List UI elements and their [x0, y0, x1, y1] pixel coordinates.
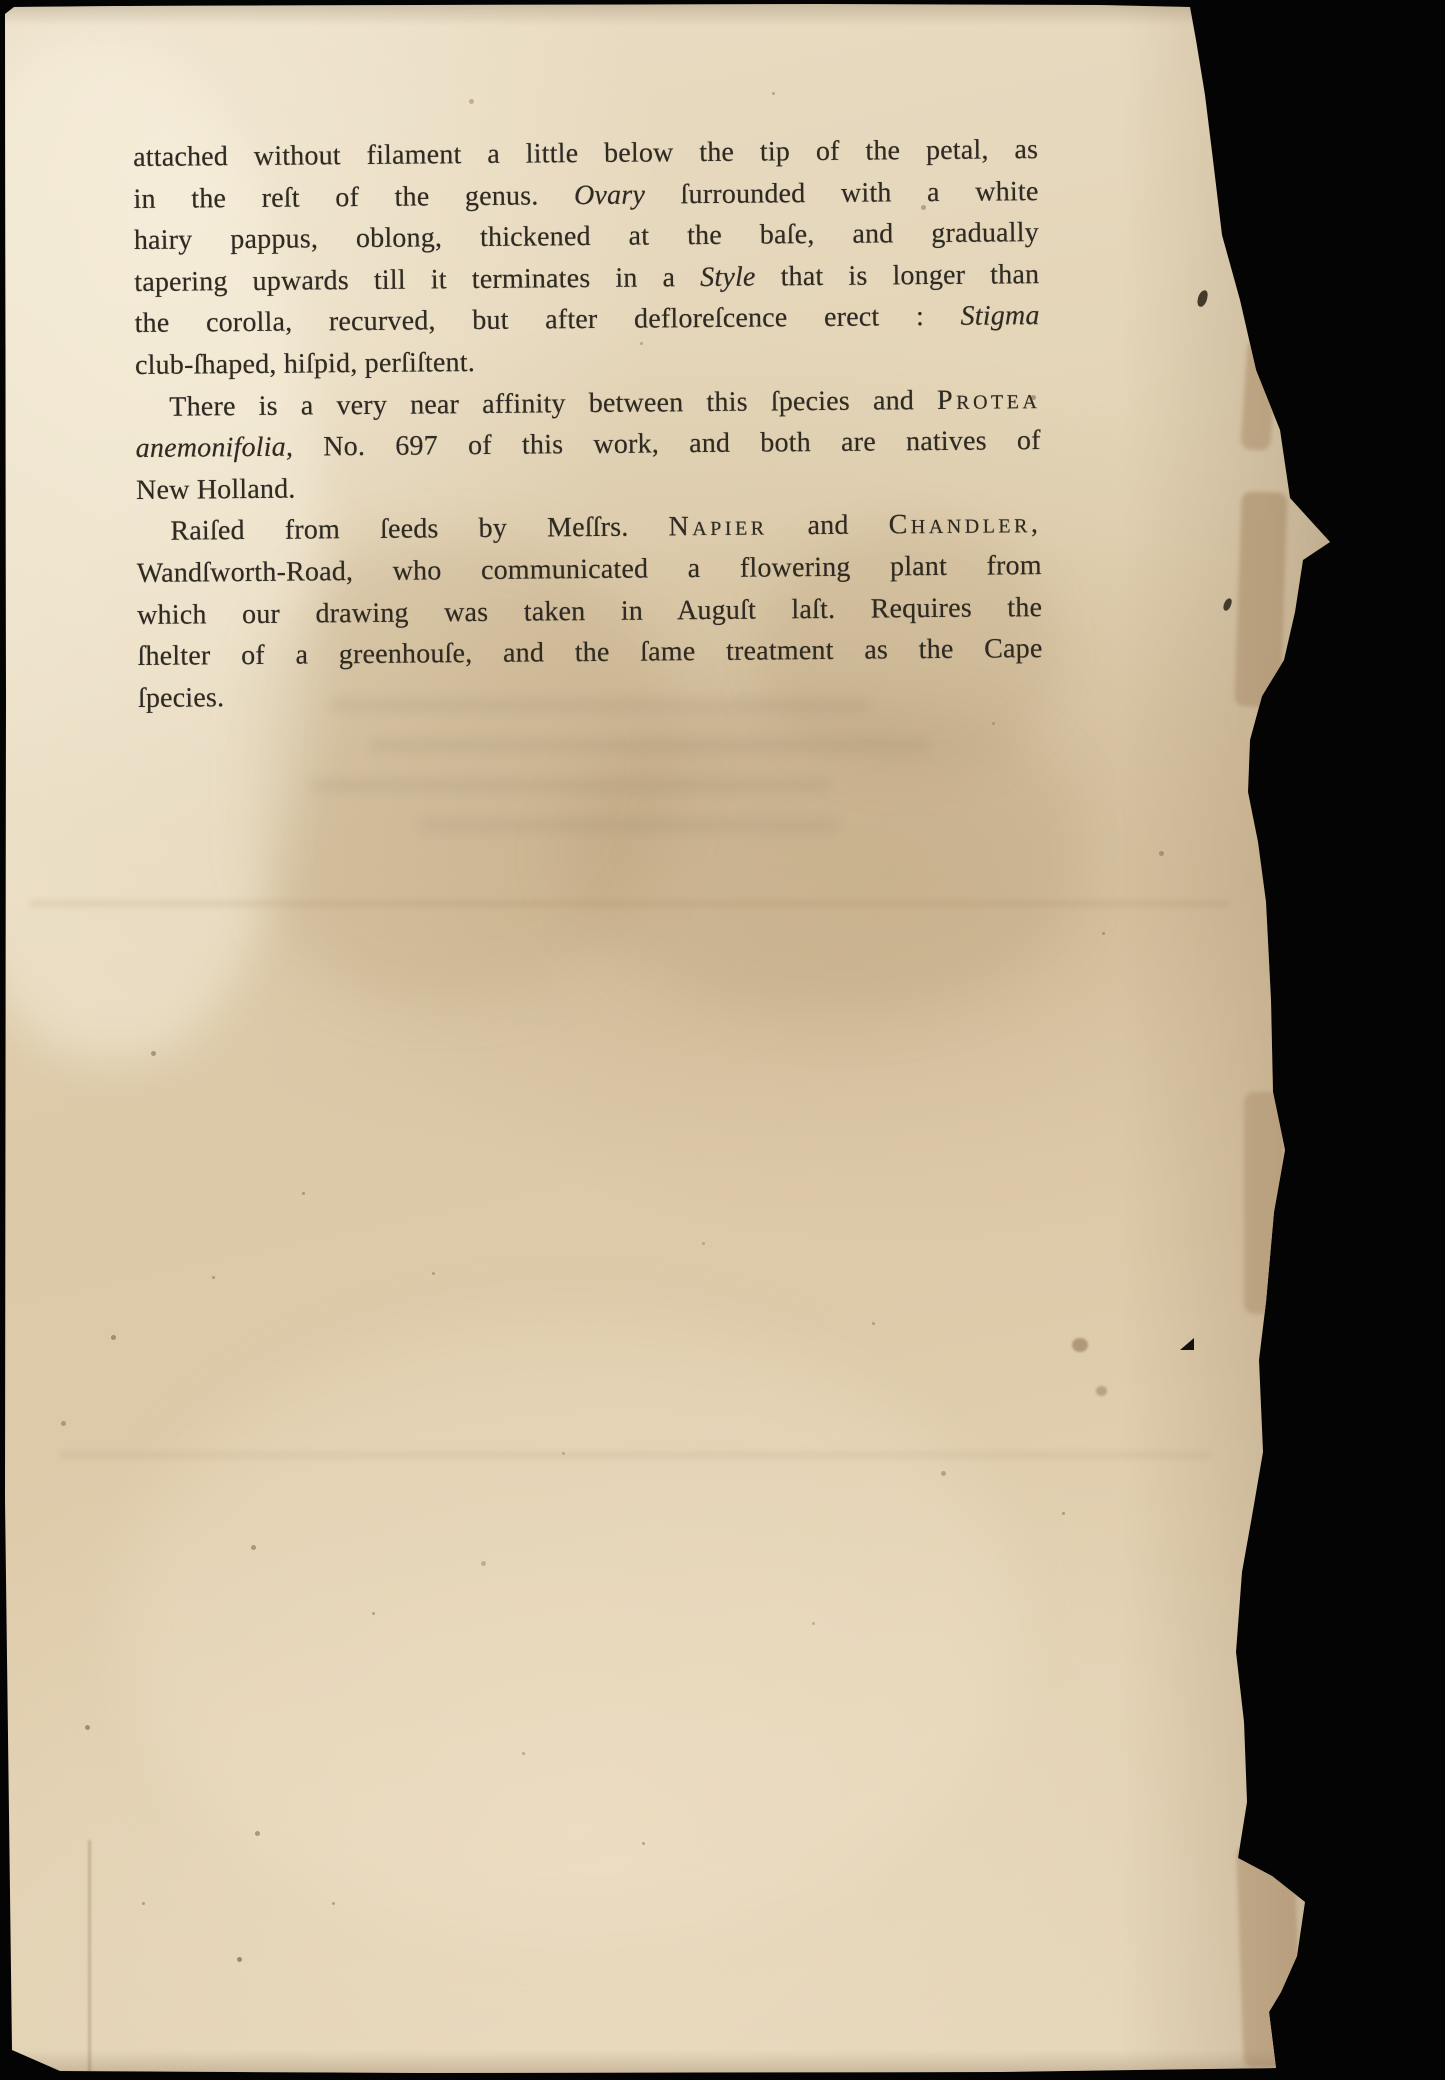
text-line: the corolla, recurved, but after deflore… — [134, 295, 1039, 344]
text-run: Ovary — [574, 179, 645, 211]
fold-crease — [60, 1452, 1210, 1458]
foxing-specks — [0, 0, 3, 3]
verso-showthrough — [420, 818, 840, 833]
text-run: ſurrounded with a white — [645, 176, 1039, 210]
text-run: ſpecies. — [138, 682, 225, 714]
text-line: anemonifolia, No. 697 of this work, and … — [136, 420, 1041, 469]
verso-showthrough — [370, 738, 930, 753]
text-run: ſhelter of a greenhouſe, and the ſame tr… — [137, 633, 1042, 672]
text-run: the corolla, recurved, but after deflore… — [134, 301, 960, 339]
text-run: in the reſt of the genus. — [133, 180, 574, 215]
text-run: No. 697 of this work, and both are nativ… — [293, 425, 1041, 463]
text-run: New Holland. — [136, 473, 296, 505]
paper-spot — [1096, 1386, 1107, 1396]
paper-spot — [1072, 1338, 1088, 1352]
text-run: Stigma — [960, 300, 1039, 332]
fold-crease — [88, 1840, 91, 2080]
text-line: attached without filament a little below… — [133, 129, 1038, 178]
edge-shadow — [0, 2050, 1445, 2080]
text-run: Chandler, — [889, 508, 1042, 540]
text-run: that is longer than — [755, 259, 1039, 292]
text-run: hairy pappus, oblong, thickened at the b… — [134, 217, 1039, 256]
text-run: Wandſworth-Road, who communicated a flow… — [137, 550, 1042, 589]
text-run: There is a very near affinity between th… — [169, 385, 937, 423]
text-run: club-ſhaped, hiſpid, perſiſtent. — [135, 347, 475, 381]
printed-text-block: attached without filament a little below… — [133, 129, 1043, 719]
text-run: Style — [700, 261, 756, 292]
torn-edge-fiber — [1250, 1660, 1272, 1800]
text-run: anemonifolia, — [136, 432, 294, 464]
fold-crease — [30, 900, 1230, 907]
text-run: attached without filament a little below… — [133, 134, 1038, 173]
text-run: and — [767, 510, 888, 542]
paper-stain — [120, 1320, 1020, 1940]
edge-shadow — [1120, 0, 1340, 2080]
book-page: attached without filament a little below… — [0, 0, 1445, 2080]
text-run: tapering upwards till it terminates in a — [134, 262, 700, 298]
edge-shadow — [0, 0, 1445, 26]
text-line: Wandſworth-Road, who communicated a flow… — [137, 545, 1042, 594]
text-line: ſhelter of a greenhouſe, and the ſame tr… — [137, 628, 1042, 677]
text-run: which our drawing was taken in Auguſt la… — [137, 592, 1042, 631]
text-run: Protea — [937, 384, 1041, 416]
scanned-book-page-photo: attached without filament a little below… — [0, 0, 1445, 2080]
text-run: Raiſed from ſeeds by Meſſrs. — [170, 512, 668, 547]
verso-showthrough — [310, 778, 830, 793]
text-run: Napier — [668, 511, 767, 543]
